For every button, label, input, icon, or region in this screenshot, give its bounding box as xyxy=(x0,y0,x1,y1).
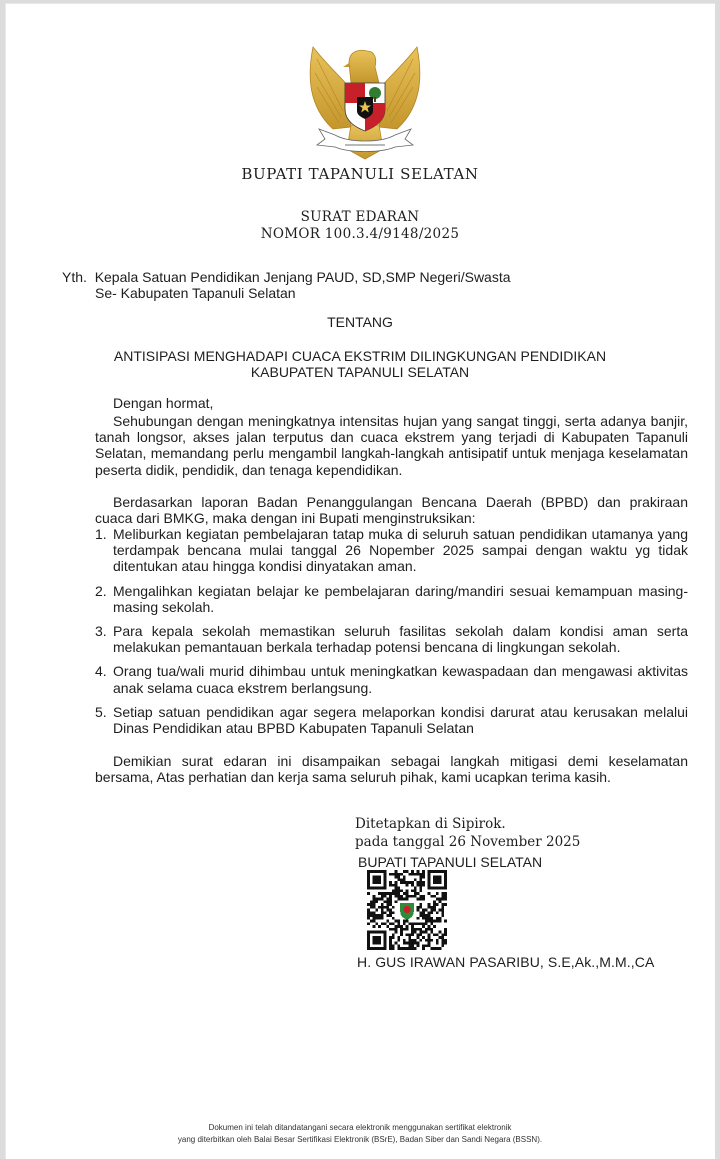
instruction-item: 2.Mengalihkan kegiatan belajar ke pembel… xyxy=(95,583,688,615)
document-page: BUPATI TAPANULI SELATAN SURAT EDARAN NOM… xyxy=(5,3,715,1159)
signature-place-date: Ditetapkan di Sipirok. pada tanggal 26 N… xyxy=(355,815,580,851)
e-signature-notice: Dokumen ini telah ditandatangani secara … xyxy=(5,1122,715,1146)
signatory-name: H. GUS IRAWAN PASARIBU, S.E,Ak.,M.M.,CA xyxy=(357,954,654,970)
signature-office: BUPATI TAPANULI SELATAN xyxy=(358,854,542,870)
garuda-emblem-icon xyxy=(305,37,425,165)
document-number: NOMOR 100.3.4/9148/2025 xyxy=(5,226,715,243)
e-signature-notice-line-1: Dokumen ini telah ditandatangani secara … xyxy=(5,1122,715,1134)
signature-date: pada tanggal 26 November 2025 xyxy=(355,833,580,851)
signature-place: Ditetapkan di Sipirok. xyxy=(355,815,580,833)
instruction-item: 1.Meliburkan kegiatan pembelajaran tatap… xyxy=(95,526,688,575)
instruction-list: 1.Meliburkan kegiatan pembelajaran tatap… xyxy=(95,526,688,744)
paragraph-background: Sehubungan dengan meningkatnya intensita… xyxy=(95,413,688,478)
recipient-line-1: Kepala Satuan Pendidikan Jenjang PAUD, S… xyxy=(95,269,511,285)
recipient-prefix: Yth. xyxy=(62,269,87,285)
instruction-item: 5.Setiap satuan pendidikan agar segera m… xyxy=(95,704,688,736)
paragraph-closing: Demikian surat edaran ini disampaikan se… xyxy=(95,753,688,785)
subject-line-2: KABUPATEN TAPANULI SELATAN xyxy=(5,364,715,380)
recipient-block: Yth. Kepala Satuan Pendidikan Jenjang PA… xyxy=(62,269,511,301)
instruction-item: 3.Para kepala sekolah memastikan seluruh… xyxy=(95,623,688,655)
subject-title: ANTISIPASI MENGHADAPI CUACA EKSTRIM DILI… xyxy=(5,348,715,380)
greeting: Dengan hormat, xyxy=(113,395,213,411)
recipient-line-2: Se- Kabupaten Tapanuli Selatan xyxy=(62,285,511,301)
paragraph-basis: Berdasarkan laporan Badan Penanggulangan… xyxy=(95,494,688,526)
document-type: SURAT EDARAN xyxy=(5,209,715,226)
instruction-item: 4.Orang tua/wali murid dihimbau untuk me… xyxy=(95,663,688,695)
signature-qr-code-icon[interactable] xyxy=(367,870,447,950)
subject-line-1: ANTISIPASI MENGHADAPI CUACA EKSTRIM DILI… xyxy=(5,348,715,364)
subject-label: TENTANG xyxy=(5,314,715,330)
e-signature-notice-line-2: yang diterbitkan oleh Balai Besar Sertif… xyxy=(5,1134,715,1146)
issuer-title: BUPATI TAPANULI SELATAN xyxy=(5,165,715,183)
document-heading: SURAT EDARAN NOMOR 100.3.4/9148/2025 xyxy=(5,209,715,243)
